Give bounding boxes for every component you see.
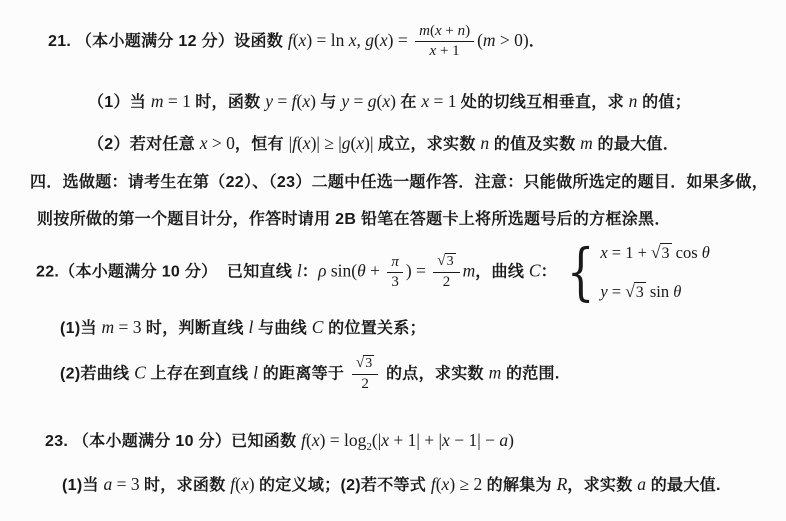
math-roman-run: 3: [391, 274, 399, 291]
math-roman-run: ): [249, 474, 259, 494]
text-run: 的距离等于: [258, 365, 349, 382]
sqrt-expression: √3: [651, 243, 671, 263]
equation-system: {x = 1 + √3 cos θy = √3 sin θ: [561, 238, 710, 307]
math-italic-run: a: [104, 474, 113, 494]
math-italic-run: g: [368, 91, 377, 111]
math-roman-run: = 1: [429, 91, 461, 111]
math-roman-run: cos: [672, 238, 702, 268]
math-italic-run: x: [430, 43, 437, 60]
math-italic-run: m: [102, 317, 115, 337]
math-italic-run: x: [600, 238, 607, 268]
math-italic-run: θ: [673, 277, 681, 307]
math-roman-run: )| ≥ |: [311, 133, 342, 153]
math-roman-run: ): [508, 430, 514, 450]
text-run: ．: [529, 33, 545, 50]
math-italic-run: x: [421, 91, 429, 111]
math-roman-run: ) =: [406, 261, 430, 281]
text-run: 处的切线互相垂直，求: [461, 94, 629, 111]
fraction-denominator: 3: [391, 273, 399, 291]
text-run: 23. （本小题满分 10 分）已知函数: [45, 433, 301, 450]
math-roman-run: = 1: [164, 91, 196, 111]
math-roman-run: ,: [357, 30, 366, 50]
math-roman-run: ): [390, 91, 400, 111]
text-run: ，曲线: [475, 264, 529, 281]
math-roman-run: ) =: [388, 30, 412, 50]
math-italic-run: a: [637, 474, 646, 494]
math-roman-run: = 3: [114, 317, 146, 337]
math-italic-run: R: [557, 474, 568, 494]
math-roman-run: + 1| + |: [389, 430, 442, 450]
math-italic-run: m: [489, 362, 502, 382]
math-roman-run: =: [349, 91, 368, 111]
q22-header: 22.（本小题满分 10 分） 已知直线 l：ρ sin(θ + π3) = √…: [36, 238, 710, 307]
fraction: √32: [352, 355, 378, 393]
math-italic-run: x: [356, 133, 364, 153]
math-roman-run: ) ≥ 2: [449, 474, 486, 494]
text-run: 的范围.: [501, 365, 559, 382]
exam-page: 21. （本小题满分 12 分）设函数 f(x) = ln x, g(x) = …: [0, 0, 786, 521]
text-run: (1)当: [62, 477, 104, 494]
equation-rows: x = 1 + √3 cos θy = √3 sin θ: [600, 238, 710, 307]
system-brace-icon: {: [567, 243, 595, 302]
fraction-numerator: m(x + n): [415, 23, 474, 42]
text-run: 的最大值.: [646, 477, 721, 494]
math-italic-run: C: [312, 317, 324, 337]
math-italic-run: C: [529, 261, 541, 281]
text-run: 时，函数: [195, 94, 265, 111]
text-run: 上存在到直线: [146, 365, 253, 382]
text-run: 的点，求实数: [381, 365, 488, 382]
math-italic-run: n: [480, 133, 489, 153]
text-run: 的值及实数: [489, 136, 580, 153]
math-italic-run: π: [391, 254, 399, 271]
fraction-numerator: π: [387, 254, 403, 273]
math-italic-run: m: [419, 23, 430, 40]
equation-row: x = 1 + √3 cos θ: [600, 238, 710, 268]
text-run: 的解集为: [487, 477, 557, 494]
math-roman-run: sin: [646, 277, 674, 307]
math-italic-run: g: [365, 30, 374, 50]
q22-part2: (2)若曲线 C 上存在到直线 l 的距离等于 √32 的点，求实数 m 的范围…: [60, 355, 560, 393]
math-roman-run: =: [608, 277, 626, 307]
text-run: ：: [541, 264, 557, 281]
math-roman-run: + 1: [436, 43, 459, 60]
math-italic-run: m: [483, 30, 496, 50]
q21-part2: （2）若对任意 x > 0，恒有 |f(x)| ≥ |g(x)| 成立，求实数 …: [88, 127, 679, 161]
math-italic-run: x: [381, 430, 389, 450]
section-4-note-line1: 四．选做题：请考生在第（22）、（23）二题中任选一题作答．注意：只能做所选定的…: [30, 168, 768, 198]
sqrt-expression: √3: [356, 355, 374, 373]
text-run: (1)当: [60, 320, 102, 337]
math-italic-run: y: [341, 91, 349, 111]
math-roman-run: sin(: [326, 261, 357, 281]
fraction: √32: [433, 253, 459, 291]
math-roman-run: +: [366, 261, 385, 281]
fraction-numerator: √3: [352, 355, 378, 375]
math-roman-run: (|: [372, 430, 381, 450]
text-run: 四．选做题：请考生在第（22）、（23）二题中任选一题作答．注意：只能做所选定的…: [30, 174, 768, 191]
math-italic-run: x: [312, 430, 320, 450]
text-run: （1）当: [88, 94, 151, 111]
math-roman-run: > 0: [208, 133, 235, 153]
math-roman-run: =: [273, 91, 292, 111]
fraction: π3: [387, 254, 403, 292]
math-roman-run: +: [442, 23, 458, 40]
math-roman-run: 2: [361, 376, 369, 393]
math-italic-run: x: [200, 133, 208, 153]
text-run: 与: [320, 94, 341, 111]
math-roman-run: = 1 +: [608, 238, 651, 268]
math-roman-run: > 0): [496, 30, 529, 50]
radicand: 3: [363, 355, 374, 373]
math-italic-run: a: [499, 430, 508, 450]
q21-header: 21. （本小题满分 12 分）设函数 f(x) = ln x, g(x) = …: [48, 23, 545, 61]
fraction-numerator: √3: [433, 253, 459, 273]
q22-part1: (1)当 m = 3 时，判断直线 l 与曲线 C 的位置关系；: [60, 312, 426, 344]
text-run: 则按所做的第一个题目计分，作答时请用 2B 铅笔在答题卡上将所选题号后的方框涂黑…: [37, 211, 671, 228]
math-italic-run: y: [265, 91, 273, 111]
math-roman-run: ): [310, 91, 320, 111]
fraction-denominator: 2: [443, 273, 451, 291]
math-italic-run: x: [382, 91, 390, 111]
text-run: 的最大值．: [593, 136, 679, 153]
text-run: ，求实数: [567, 477, 637, 494]
text-run: 在: [400, 94, 421, 111]
math-roman-run: )|: [364, 133, 378, 153]
text-run: 时，判断直线: [146, 320, 249, 337]
radicand: 3: [660, 243, 672, 263]
radicand: 3: [634, 282, 646, 302]
math-roman-run: 2: [443, 274, 451, 291]
math-italic-run: g: [342, 133, 351, 153]
text-run: 与曲线: [253, 320, 311, 337]
fraction-denominator: x + 1: [430, 42, 460, 60]
math-italic-run: θ: [357, 261, 366, 281]
section-4-note-line2: 则按所做的第一个题目计分，作答时请用 2B 铅笔在答题卡上将所选题号后的方框涂黑…: [37, 205, 671, 235]
math-roman-run: ) = ln: [306, 30, 348, 50]
math-italic-run: x: [241, 474, 249, 494]
math-italic-run: x: [442, 430, 450, 450]
text-run: 的定义域；(2)若不等式: [259, 477, 431, 494]
q23-parts: (1)当 a = 3 时，求函数 f(x) 的定义域；(2)若不等式 f(x) …: [62, 468, 721, 502]
math-italic-run: x: [303, 133, 311, 153]
math-italic-run: n: [458, 23, 466, 40]
sqrt-expression: √3: [625, 282, 645, 302]
fraction: m(x + n)x + 1: [415, 23, 474, 61]
text-run: 时，求函数: [144, 477, 230, 494]
radicand: 3: [445, 253, 456, 271]
math-italic-run: y: [600, 277, 607, 307]
math-roman-run: ): [465, 23, 470, 40]
math-italic-run: θ: [702, 238, 710, 268]
text-run: ：: [302, 264, 318, 281]
q23-header: 23. （本小题满分 10 分）已知函数 f(x) = log2(|x + 1|…: [45, 424, 514, 463]
math-italic-run: x: [349, 30, 357, 50]
text-run: （2）若对任意: [88, 136, 200, 153]
math-italic-run: C: [134, 362, 146, 382]
text-run: ，恒有: [235, 136, 289, 153]
text-run: 21. （本小题满分 12 分）设函数: [48, 33, 288, 50]
text-run: 22.（本小题满分 10 分） 已知直线: [36, 264, 297, 281]
equation-row: y = √3 sin θ: [600, 277, 710, 307]
q21-part1: （1）当 m = 1 时，函数 y = f(x) 与 y = g(x) 在 x …: [88, 86, 691, 118]
math-roman-run: = 3: [112, 474, 144, 494]
math-italic-run: x: [302, 91, 310, 111]
text-run: 的位置关系；: [323, 320, 426, 337]
text-run: 的值；: [637, 94, 691, 111]
text-run: 成立，求实数: [378, 136, 481, 153]
math-italic-run: m: [463, 261, 476, 281]
text-run: (2)若曲线: [60, 365, 134, 382]
math-italic-run: m: [151, 91, 164, 111]
fraction-denominator: 2: [361, 375, 369, 393]
sqrt-expression: √3: [437, 253, 455, 271]
math-roman-run: − 1| −: [450, 430, 500, 450]
math-italic-run: x: [380, 30, 388, 50]
math-italic-run: x: [435, 23, 442, 40]
math-roman-run: ) = log: [320, 430, 367, 450]
math-italic-run: m: [580, 133, 593, 153]
